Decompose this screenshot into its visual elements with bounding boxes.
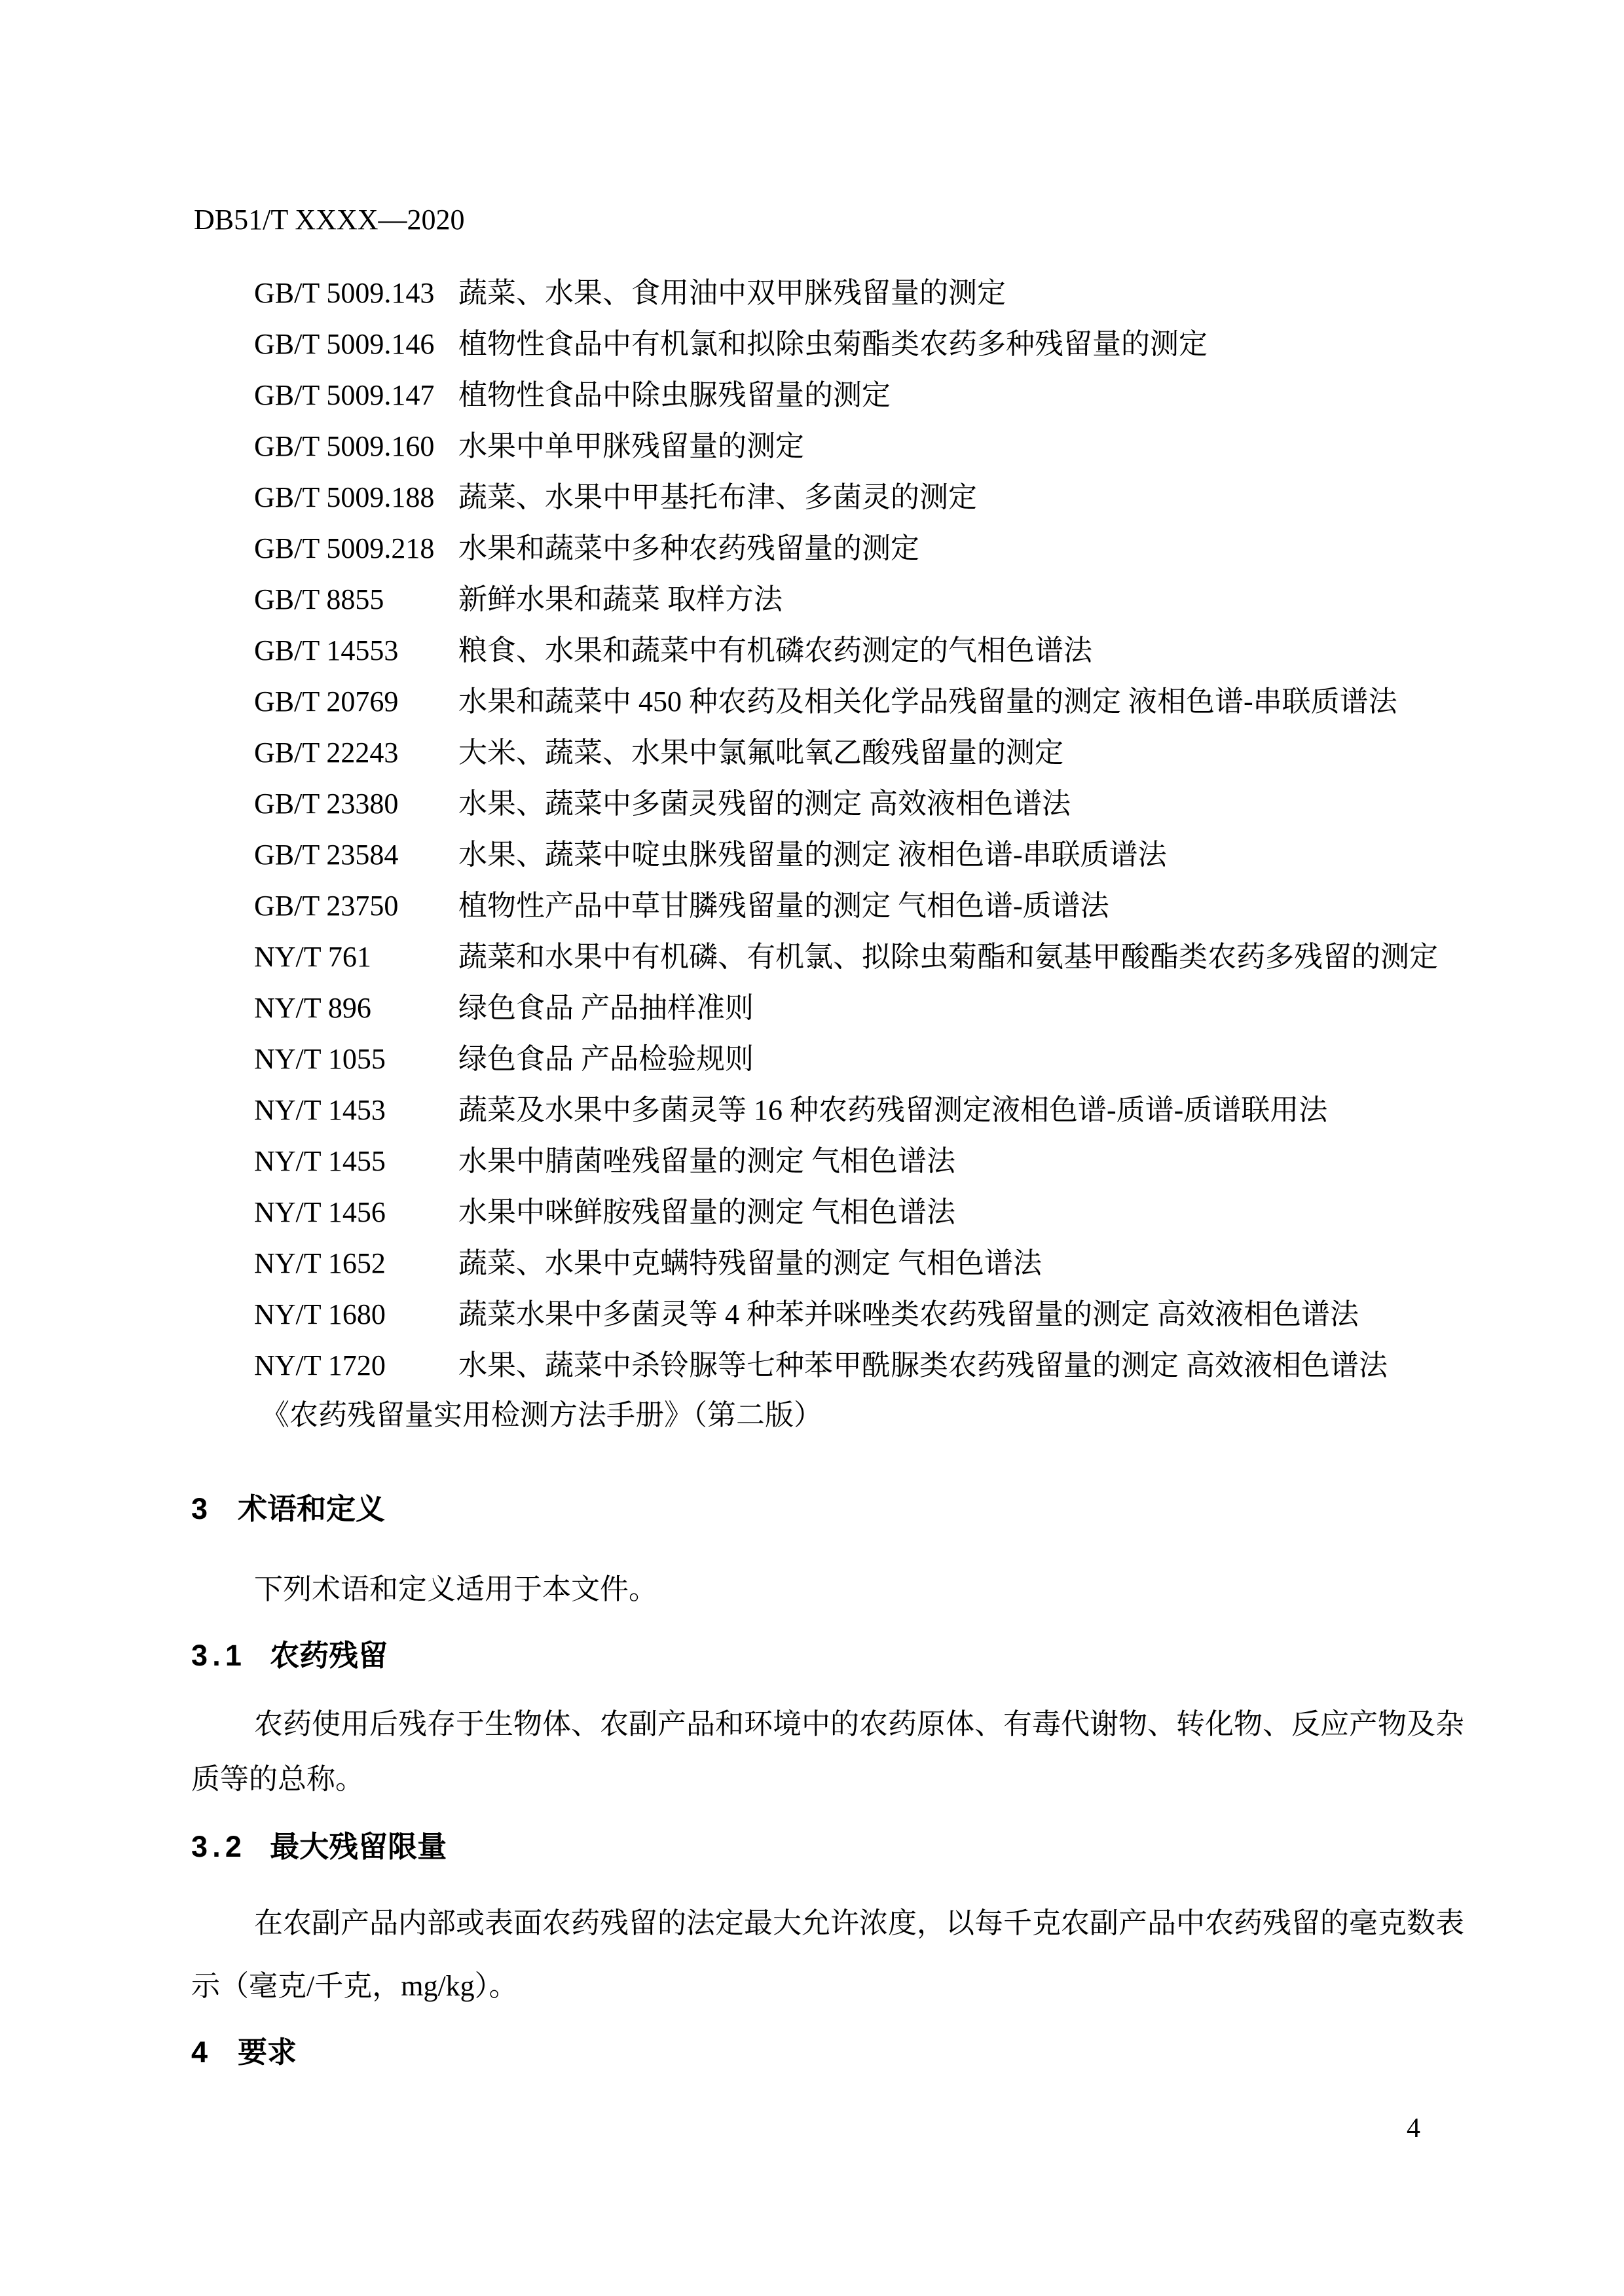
reference-code: GB/T 22243	[254, 738, 458, 767]
clause-3-intro: 下列术语和定义适用于本文件。	[254, 1575, 657, 1604]
reference-title: 水果、蔬菜中多菌灵残留的测定 高效液相色谱法	[458, 788, 1071, 820]
reference-title: 蔬菜、水果中甲基托布津、多菌灵的测定	[458, 481, 977, 513]
clause-number: 3	[191, 1494, 208, 1523]
reference-row: GB/T 5009.143蔬菜、水果、食用油中双甲脒残留量的测定	[254, 279, 1006, 308]
reference-title: 蔬菜、水果中克螨特残留量的测定 气相色谱法	[458, 1247, 1042, 1279]
reference-row: NY/T 1720水果、蔬菜中杀铃脲等七种苯甲酰脲类农药残留量的测定 高效液相色…	[254, 1351, 1388, 1380]
reference-code: NY/T 1453	[254, 1096, 458, 1125]
reference-row: NY/T 1453蔬菜及水果中多菌灵等 16 种农药残留测定液相色谱-质谱-质谱…	[254, 1096, 1327, 1125]
document-code-header: DB51/T XXXX—2020	[194, 206, 465, 234]
reference-title: 水果、蔬菜中啶虫脒残留量的测定 液相色谱-串联质谱法	[458, 839, 1167, 871]
reference-row: GB/T 14553粮食、水果和蔬菜中有机磷农药测定的气相色谱法	[254, 636, 1092, 665]
reference-title: 植物性食品中除虫脲残留量的测定	[458, 379, 891, 411]
reference-code: NY/T 1055	[254, 1045, 458, 1074]
reference-title: 水果中腈菌唑残留量的测定 气相色谱法	[458, 1145, 955, 1177]
reference-code: GB/T 23750	[254, 892, 458, 920]
clause-title: 最大残留限量	[270, 1830, 447, 1863]
reference-row: GB/T 5009.147植物性食品中除虫脲残留量的测定	[254, 381, 891, 410]
reference-row: GB/T 23584水果、蔬菜中啶虫脒残留量的测定 液相色谱-串联质谱法	[254, 841, 1167, 869]
reference-code: NY/T 1455	[254, 1147, 458, 1176]
clause-3-1-heading: 3.1农药残留	[191, 1641, 388, 1670]
page-number: 4	[1407, 2115, 1420, 2142]
clause-number: 4	[191, 2037, 208, 2067]
clause-number: 3.1	[191, 1641, 246, 1670]
reference-code: GB/T 8855	[254, 585, 458, 614]
reference-code: GB/T 5009.218	[254, 534, 458, 563]
reference-row: GB/T 23380水果、蔬菜中多菌灵残留的测定 高效液相色谱法	[254, 790, 1071, 818]
reference-code: GB/T 5009.147	[254, 381, 458, 410]
clause-title: 农药残留	[270, 1639, 388, 1672]
reference-code: NY/T 896	[254, 994, 458, 1023]
reference-code: GB/T 23584	[254, 841, 458, 869]
reference-code: GB/T 23380	[254, 790, 458, 818]
clause-title: 要求	[238, 2035, 297, 2069]
reference-code: GB/T 14553	[254, 636, 458, 665]
reference-title: 绿色食品 产品检验规则	[458, 1043, 754, 1075]
reference-row: GB/T 5009.146植物性食品中有机氯和拟除虫菊酯类农药多种残留量的测定	[254, 330, 1208, 359]
reference-code: NY/T 1652	[254, 1249, 458, 1278]
reference-row: NY/T 1680蔬菜水果中多菌灵等 4 种苯并咪唑类农药残留量的测定 高效液相…	[254, 1300, 1359, 1329]
reference-row: GB/T 5009.218水果和蔬菜中多种农药残留量的测定	[254, 534, 919, 563]
mrl-definition-line1: 在农副产品内部或表面农药残留的法定最大允许浓度，以每千克农副产品中农药残留的毫克…	[254, 1909, 1464, 1938]
reference-title: 蔬菜、水果、食用油中双甲脒残留量的测定	[458, 277, 1006, 309]
reference-title: 蔬菜水果中多菌灵等 4 种苯并咪唑类农药残留量的测定 高效液相色谱法	[458, 1298, 1359, 1330]
reference-title: 植物性产品中草甘膦残留量的测定 气相色谱-质谱法	[458, 890, 1109, 922]
reference-row: NY/T 1055绿色食品 产品检验规则	[254, 1045, 754, 1074]
handbook-reference: 《农药残留量实用检测方法手册》（第二版）	[261, 1401, 822, 1430]
pesticide-residue-definition-line1: 农药使用后残存于生物体、农副产品和环境中的农药原体、有毒代谢物、转化物、反应产物…	[254, 1710, 1464, 1739]
reference-title: 蔬菜及水果中多菌灵等 16 种农药残留测定液相色谱-质谱-质谱联用法	[458, 1094, 1327, 1126]
reference-row: NY/T 1455水果中腈菌唑残留量的测定 气相色谱法	[254, 1147, 955, 1176]
reference-row: GB/T 23750植物性产品中草甘膦残留量的测定 气相色谱-质谱法	[254, 892, 1109, 920]
reference-title: 新鲜水果和蔬菜 取样方法	[458, 583, 783, 615]
reference-row: GB/T 5009.160水果中单甲脒残留量的测定	[254, 432, 804, 461]
clause-4-heading: 4要求	[191, 2037, 297, 2067]
reference-row: GB/T 20769水果和蔬菜中 450 种农药及相关化学品残留量的测定 液相色…	[254, 687, 1397, 716]
reference-row: NY/T 761蔬菜和水果中有机磷、有机氯、拟除虫菊酯和氨基甲酸酯类农药多残留的…	[254, 943, 1438, 972]
reference-title: 水果中咪鲜胺残留量的测定 气相色谱法	[458, 1196, 955, 1228]
reference-title: 水果、蔬菜中杀铃脲等七种苯甲酰脲类农药残留量的测定 高效液相色谱法	[458, 1349, 1388, 1381]
reference-row: GB/T 8855新鲜水果和蔬菜 取样方法	[254, 585, 783, 614]
reference-row: GB/T 22243大米、蔬菜、水果中氯氟吡氧乙酸残留量的测定	[254, 738, 1063, 767]
document-page: { "page": { "header_text": "DB51/T XXXX—…	[0, 0, 1624, 2296]
reference-code: GB/T 5009.188	[254, 483, 458, 512]
clause-3-2-heading: 3.2最大残留限量	[191, 1832, 447, 1861]
reference-title: 水果中单甲脒残留量的测定	[458, 430, 804, 462]
reference-code: GB/T 5009.146	[254, 330, 458, 359]
pesticide-residue-definition-line2: 质等的总称。	[191, 1765, 364, 1794]
reference-code: NY/T 1456	[254, 1198, 458, 1227]
reference-row: GB/T 5009.188蔬菜、水果中甲基托布津、多菌灵的测定	[254, 483, 977, 512]
reference-code: GB/T 20769	[254, 687, 458, 716]
reference-code: NY/T 761	[254, 943, 458, 972]
reference-title: 粮食、水果和蔬菜中有机磷农药测定的气相色谱法	[458, 634, 1092, 666]
reference-row: NY/T 896绿色食品 产品抽样准则	[254, 994, 754, 1023]
reference-row: NY/T 1652蔬菜、水果中克螨特残留量的测定 气相色谱法	[254, 1249, 1042, 1278]
reference-row: NY/T 1456水果中咪鲜胺残留量的测定 气相色谱法	[254, 1198, 955, 1227]
clause-title: 术语和定义	[238, 1492, 385, 1525]
reference-code: NY/T 1680	[254, 1300, 458, 1329]
mrl-definition-line2: 示（毫克/千克，mg/kg）。	[191, 1972, 518, 2001]
reference-code: GB/T 5009.143	[254, 279, 458, 308]
clause-number: 3.2	[191, 1832, 246, 1861]
reference-code: NY/T 1720	[254, 1351, 458, 1380]
reference-title: 绿色食品 产品抽样准则	[458, 992, 754, 1024]
reference-title: 水果和蔬菜中 450 种农药及相关化学品残留量的测定 液相色谱-串联质谱法	[458, 685, 1397, 718]
reference-title: 蔬菜和水果中有机磷、有机氯、拟除虫菊酯和氨基甲酸酯类农药多残留的测定	[458, 941, 1438, 973]
reference-title: 水果和蔬菜中多种农药残留量的测定	[458, 532, 919, 564]
reference-code: GB/T 5009.160	[254, 432, 458, 461]
reference-title: 大米、蔬菜、水果中氯氟吡氧乙酸残留量的测定	[458, 737, 1063, 769]
reference-title: 植物性食品中有机氯和拟除虫菊酯类农药多种残留量的测定	[458, 328, 1208, 360]
clause-3-heading: 3术语和定义	[191, 1494, 385, 1523]
